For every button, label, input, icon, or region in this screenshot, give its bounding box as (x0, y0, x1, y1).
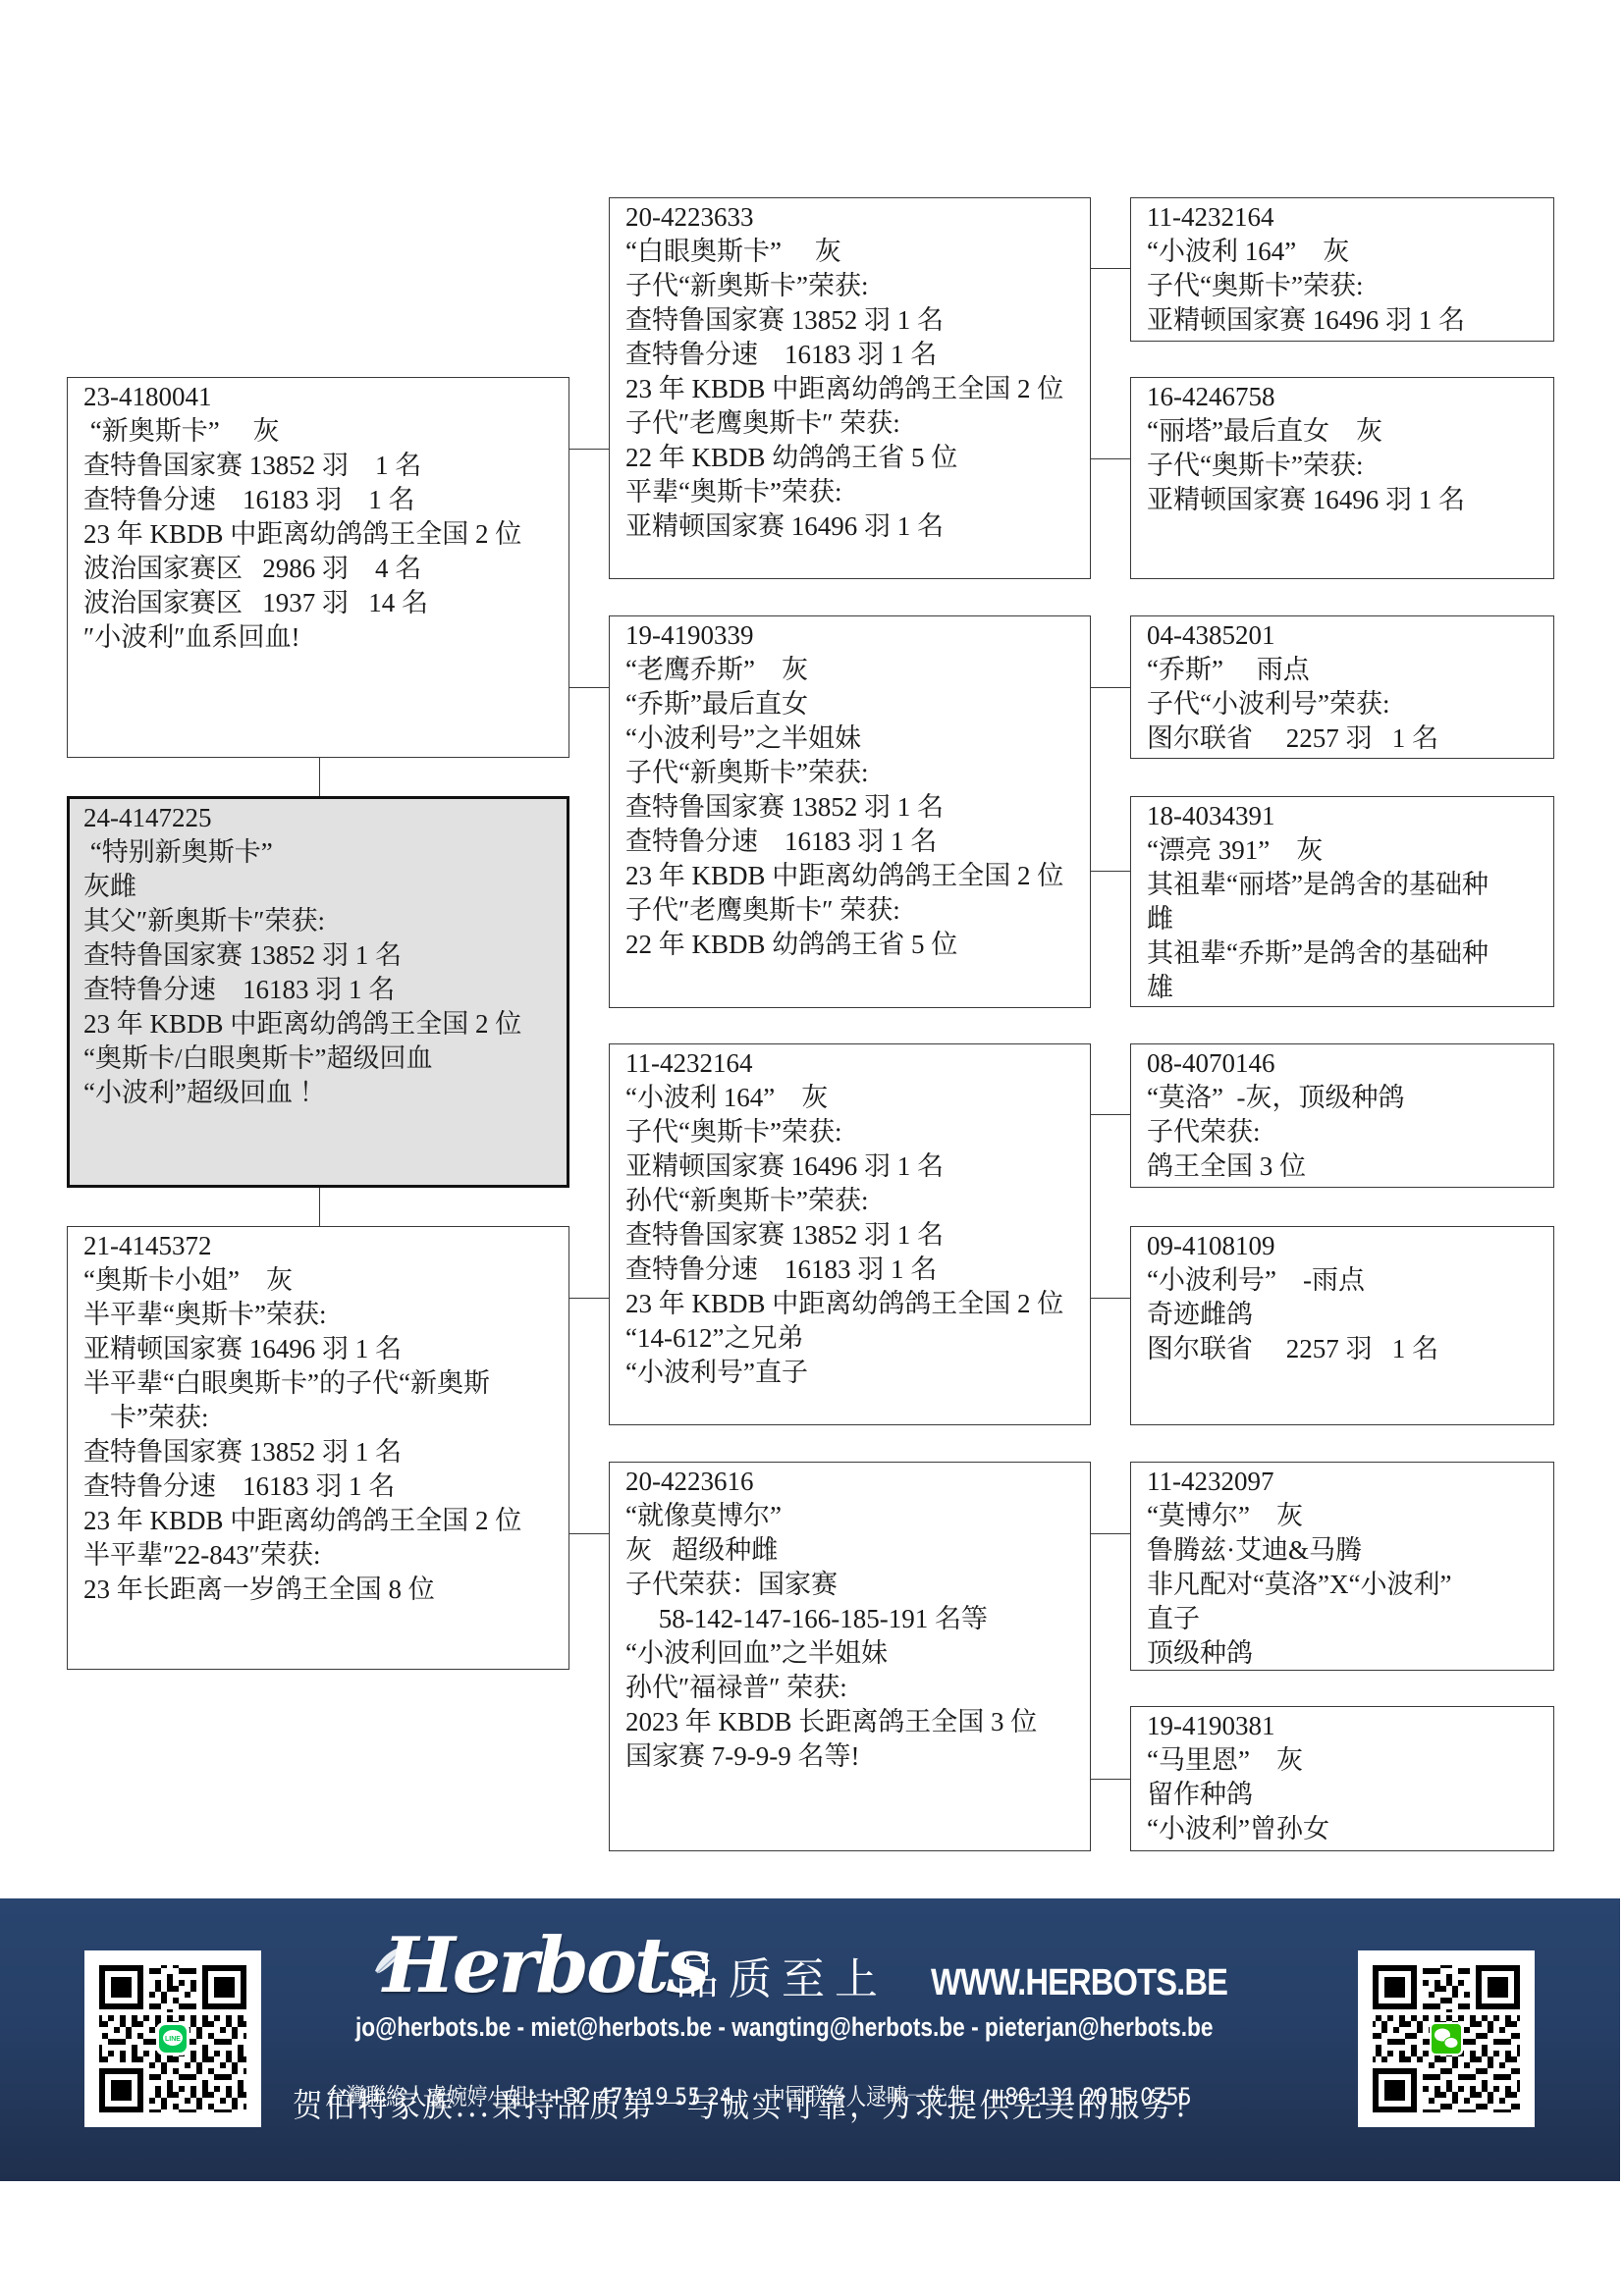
pedigree-box-dam-dam-sire: 11-4232097 “莫博尔” 灰鲁腾兹·艾迪&马腾非凡配对“莫洛”X“小波利… (1130, 1462, 1554, 1671)
connector-gp2-to-ggp4 (1091, 871, 1130, 872)
connector-dam-to-dam-dam (569, 1533, 609, 1534)
text-line: 查特鲁国家赛 13852 羽 1 名 (625, 790, 1084, 825)
ring-number: 09-4108109 (1147, 1229, 1547, 1263)
text-line: 22 年 KBDB 幼鸽鸽王省 5 位 (625, 928, 1084, 962)
text-line: “14-612”之兄弟 (625, 1321, 1084, 1356)
text-line: 子代″老鹰奥斯卡″ 荣获: (625, 406, 1084, 441)
text-line: 灰 超级种雌 (625, 1533, 1084, 1568)
text-line: 卡”荣获: (83, 1401, 563, 1435)
line-icon: LINE (156, 2022, 189, 2056)
text-line: 查特鲁分速 16183 羽 1 名 (625, 825, 1084, 859)
connector-sire-subject (319, 758, 320, 796)
text-line: 58-142-147-166-185-191 名等 (625, 1602, 1084, 1636)
pedigree-box-sire-sire-dam: 16-4246758 “丽塔”最后直女 灰子代“奥斯卡”荣获:亚精顿国家赛 16… (1130, 377, 1554, 579)
text-line: 雄 (1147, 971, 1547, 1005)
text-line: 23 年长距离一岁鸽王全国 8 位 (83, 1573, 563, 1607)
tagline: 品质至上 (676, 1955, 888, 2004)
box-text: “新奥斯卡” 灰查特鲁国家赛 13852 羽 1 名查特鲁分速 16183 羽 … (83, 414, 563, 655)
box-text: “莫洛” -灰，顶级种鸽子代荣获:鸽王全国 3 位 (1147, 1081, 1547, 1184)
box-text: “老鹰乔斯” 灰“乔斯”最后直女“小波利号”之半姐妹子代“新奥斯卡”荣获:查特鲁… (625, 653, 1084, 962)
text-line: 查特鲁分速 16183 羽 1 名 (83, 483, 563, 517)
text-line: 孙代“新奥斯卡”荣获: (625, 1184, 1084, 1218)
box-text: “就像莫博尔”灰 超级种雌子代荣获：国家赛 58-142-147-166-185… (625, 1499, 1084, 1774)
qr-code-icon: LINE (84, 1950, 261, 2127)
pedigree-box-dam: 21-4145372 “奥斯卡小姐” 灰半平辈“奥斯卡”荣获:亚精顿国家赛 16… (67, 1226, 569, 1670)
connector-subject-dam (319, 1188, 320, 1226)
box-text: “小波利号” -雨点奇迹雌鸽图尔联省 2257 羽 1 名 (1147, 1263, 1547, 1366)
website-link[interactable]: WWW.HERBOTS.BE (931, 1961, 1227, 2004)
pedigree-box-dam-dam: 20-4223616 “就像莫博尔”灰 超级种雌子代荣获：国家赛 58-142-… (609, 1462, 1091, 1851)
connector-sire-to-sire-sire (569, 449, 609, 450)
pedigree-box-sire-dam-sire: 04-4385201 “乔斯” 雨点子代“小波利号”荣获:图尔联省 2257 羽… (1130, 615, 1554, 759)
connector-gp4-to-ggp8 (1091, 1779, 1130, 1780)
text-line: “小波利号” -雨点 (1147, 1263, 1547, 1298)
ring-number: 04-4385201 (1147, 618, 1547, 653)
box-text: “特别新奥斯卡”灰雌其父″新奥斯卡″荣获:查特鲁国家赛 13852 羽 1 名查… (83, 835, 561, 1110)
ring-number: 18-4034391 (1147, 799, 1547, 833)
text-line: 直子 (1147, 1602, 1547, 1636)
text-line: 23 年 KBDB 中距离幼鸽鸽王全国 2 位 (83, 1504, 563, 1538)
text-line: 顶级种鸽 (1147, 1636, 1547, 1671)
ring-number: 16-4246758 (1147, 380, 1547, 414)
text-line: 23 年 KBDB 中距离幼鸽鸽王全国 2 位 (625, 372, 1084, 406)
text-line: 其祖辈“丽塔”是鸽舍的基础种 (1147, 868, 1547, 902)
qr-code-icon (1358, 1950, 1535, 2127)
box-text: “马里恩” 灰留作种鸽“小波利”曾孙女 (1147, 1743, 1547, 1846)
ring-number: 19-4190339 (625, 618, 1084, 653)
text-line: 查特鲁分速 16183 羽 1 名 (83, 973, 561, 1007)
text-line: “奥斯卡小姐” 灰 (83, 1263, 563, 1298)
connector-gp2-to-ggp3 (1091, 687, 1130, 688)
text-line: 子代“奥斯卡”荣获: (1147, 449, 1547, 483)
connector-gp4-to-ggp7 (1091, 1533, 1130, 1534)
pedigree-box-sire-sire: 20-4223633 “白眼奥斯卡” 灰子代“新奥斯卡”荣获:查特鲁国家赛 13… (609, 197, 1091, 579)
text-line: 子代“新奥斯卡”荣获: (625, 756, 1084, 790)
text-line: “乔斯”最后直女 (625, 687, 1084, 721)
text-line: “丽塔”最后直女 灰 (1147, 414, 1547, 449)
text-line: 非凡配对“莫洛”X“小波利” (1147, 1568, 1547, 1602)
text-line: 23 年 KBDB 中距离幼鸽鸽王全国 2 位 (83, 517, 563, 552)
pedigree-box-dam-sire-sire: 08-4070146 “莫洛” -灰，顶级种鸽子代荣获:鸽王全国 3 位 (1130, 1043, 1554, 1188)
text-line: 平辈“奥斯卡”荣获: (625, 475, 1084, 509)
text-line: “小波利 164” 灰 (1147, 235, 1547, 269)
text-line: “小波利号”直子 (625, 1356, 1084, 1390)
box-text: “小波利 164” 灰子代“奥斯卡”荣获:亚精顿国家赛 16496 羽 1 名孙… (625, 1081, 1084, 1390)
connector-gp3-to-ggp6 (1091, 1298, 1130, 1299)
wechat-qr-code[interactable] (1358, 1950, 1535, 2127)
text-line: 图尔联省 2257 羽 1 名 (1147, 1332, 1547, 1366)
ring-number: 08-4070146 (1147, 1046, 1547, 1081)
text-line: “新奥斯卡” 灰 (83, 414, 563, 449)
text-line: 查特鲁国家赛 13852 羽 1 名 (83, 449, 563, 483)
text-line: 鸽王全国 3 位 (1147, 1149, 1547, 1184)
text-line: 子代“奥斯卡”荣获: (625, 1115, 1084, 1149)
text-line: “莫博尔” 灰 (1147, 1499, 1547, 1533)
slogan: 贺伯特家族...秉持品质第一与诚实可靠，力求提供完美的服务! (293, 2085, 1189, 2126)
text-line: 2023 年 KBDB 长距离鸽王全国 3 位 (625, 1705, 1084, 1739)
text-line: 亚精顿国家赛 16496 羽 1 名 (1147, 303, 1547, 338)
box-text: “漂亮 391” 灰其祖辈“丽塔”是鸽舍的基础种雌其祖辈“乔斯”是鸽舍的基础种雄 (1147, 833, 1547, 1005)
pedigree-box-dam-sire-dam: 09-4108109 “小波利号” -雨点奇迹雌鸽图尔联省 2257 羽 1 名 (1130, 1226, 1554, 1425)
svg-text:LINE: LINE (165, 2036, 181, 2043)
ring-number: 11-4232097 (1147, 1465, 1547, 1499)
footer-banner: LINE Herbots 品质至上 WWW.HERBOTS.BE jo@herb… (0, 1898, 1620, 2181)
box-text: “莫博尔” 灰鲁腾兹·艾迪&马腾非凡配对“莫洛”X“小波利”直子顶级种鸽 (1147, 1499, 1547, 1671)
text-line: 查特鲁国家赛 13852 羽 1 名 (625, 303, 1084, 338)
box-text: “小波利 164” 灰子代“奥斯卡”荣获:亚精顿国家赛 16496 羽 1 名 (1147, 235, 1547, 338)
text-line: 波治国家赛区 1937 羽 14 名 (83, 586, 563, 620)
text-line: 子代“小波利号”荣获: (1147, 687, 1547, 721)
ring-number: 20-4223633 (625, 200, 1084, 235)
box-text: “白眼奥斯卡” 灰子代“新奥斯卡”荣获:查特鲁国家赛 13852 羽 1 名查特… (625, 235, 1084, 544)
text-line: 查特鲁国家赛 13852 羽 1 名 (83, 1435, 563, 1469)
text-line: 亚精顿国家赛 16496 羽 1 名 (625, 509, 1084, 544)
ring-number: 20-4223616 (625, 1465, 1084, 1499)
text-line: “小波利”超级回血 ！ (83, 1076, 561, 1110)
connector-gp1-to-ggp2 (1091, 458, 1130, 459)
text-line: 留作种鸽 (1147, 1778, 1547, 1812)
connector-sire-to-sire-dam (569, 687, 609, 688)
pedigree-box-subject: 24-4147225 “特别新奥斯卡”灰雌其父″新奥斯卡″荣获:查特鲁国家赛 1… (67, 796, 569, 1188)
text-line: “白眼奥斯卡” 灰 (625, 235, 1084, 269)
text-line: “小波利”曾孙女 (1147, 1812, 1547, 1846)
text-line: 雌 (1147, 902, 1547, 936)
text-line: “莫洛” -灰，顶级种鸽 (1147, 1081, 1547, 1115)
herbots-logo: Herbots (383, 1924, 707, 2008)
pedigree-box-sire: 23-4180041 “新奥斯卡” 灰查特鲁国家赛 13852 羽 1 名查特鲁… (67, 377, 569, 758)
text-line: 鲁腾兹·艾迪&马腾 (1147, 1533, 1547, 1568)
text-line: 子代“奥斯卡”荣获: (1147, 269, 1547, 303)
text-line: 奇迹雌鸽 (1147, 1298, 1547, 1332)
text-line: 亚精顿国家赛 16496 羽 1 名 (625, 1149, 1084, 1184)
text-line: 查特鲁国家赛 13852 羽 1 名 (625, 1218, 1084, 1253)
text-line: 其父″新奥斯卡″荣获: (83, 904, 561, 938)
connector-gp1-to-ggp1 (1091, 268, 1130, 269)
text-line: 波治国家赛区 2986 羽 4 名 (83, 552, 563, 586)
text-line: 查特鲁国家赛 13852 羽 1 名 (83, 938, 561, 973)
box-text: “乔斯” 雨点子代“小波利号”荣获:图尔联省 2257 羽 1 名 (1147, 653, 1547, 756)
text-line: 23 年 KBDB 中距离幼鸽鸽王全国 2 位 (625, 859, 1084, 893)
text-line: 孙代″福禄普″ 荣获: (625, 1671, 1084, 1705)
text-line: 亚精顿国家赛 16496 羽 1 名 (83, 1332, 563, 1366)
ring-number: 11-4232164 (625, 1046, 1084, 1081)
ring-number: 11-4232164 (1147, 200, 1547, 235)
text-line: 查特鲁分速 16183 羽 1 名 (625, 338, 1084, 372)
text-line: 子代荣获：国家赛 (625, 1568, 1084, 1602)
wechat-icon (1430, 2022, 1463, 2056)
text-line: 国家赛 7-9-9-9 名等! (625, 1739, 1084, 1774)
text-line: 子代“新奥斯卡”荣获: (625, 269, 1084, 303)
ring-number: 23-4180041 (83, 380, 563, 414)
text-line: 图尔联省 2257 羽 1 名 (1147, 721, 1547, 756)
text-line: 查特鲁分速 16183 羽 1 名 (625, 1253, 1084, 1287)
text-line: “小波利号”之半姐妹 (625, 721, 1084, 756)
pedigree-box-sire-dam: 19-4190339 “老鹰乔斯” 灰“乔斯”最后直女“小波利号”之半姐妹子代“… (609, 615, 1091, 1008)
pedigree-box-sire-sire-sire: 11-4232164 “小波利 164” 灰子代“奥斯卡”荣获:亚精顿国家赛 1… (1130, 197, 1554, 342)
box-text: “丽塔”最后直女 灰子代“奥斯卡”荣获:亚精顿国家赛 16496 羽 1 名 (1147, 414, 1547, 517)
ring-number: 19-4190381 (1147, 1709, 1547, 1743)
ring-number: 24-4147225 (83, 801, 561, 835)
text-line: ″小波利″血系回血! (83, 620, 563, 655)
text-line: “老鹰乔斯” 灰 (625, 653, 1084, 687)
text-line: “小波利回血”之半姐妹 (625, 1636, 1084, 1671)
pedigree-box-dam-dam-dam: 19-4190381 “马里恩” 灰留作种鸽“小波利”曾孙女 (1130, 1706, 1554, 1851)
text-line: “就像莫博尔” (625, 1499, 1084, 1533)
text-line: “乔斯” 雨点 (1147, 653, 1547, 687)
text-line: 子代荣获: (1147, 1115, 1547, 1149)
ring-number: 21-4145372 (83, 1229, 563, 1263)
text-line: 22 年 KBDB 幼鸽鸽王省 5 位 (625, 441, 1084, 475)
line-qr-code[interactable]: LINE (84, 1950, 261, 2127)
text-line: 查特鲁分速 16183 羽 1 名 (83, 1469, 563, 1504)
text-line: “小波利 164” 灰 (625, 1081, 1084, 1115)
text-line: “奥斯卡/白眼奥斯卡”超级回血 (83, 1041, 561, 1076)
text-line: “马里恩” 灰 (1147, 1743, 1547, 1778)
text-line: 半平辈″22-843″荣获: (83, 1538, 563, 1573)
text-line: 23 年 KBDB 中距离幼鸽鸽王全国 2 位 (625, 1287, 1084, 1321)
connector-dam-to-dam-sire (569, 1298, 609, 1299)
connector-gp3-to-ggp5 (1091, 1114, 1130, 1115)
text-line: 半平辈“奥斯卡”荣获: (83, 1298, 563, 1332)
text-line: “漂亮 391” 灰 (1147, 833, 1547, 868)
pedigree-box-dam-sire: 11-4232164 “小波利 164” 灰子代“奥斯卡”荣获:亚精顿国家赛 1… (609, 1043, 1091, 1425)
text-line: 半平辈“白眼奥斯卡”的子代“新奥斯 (83, 1366, 563, 1401)
pedigree-box-sire-dam-dam: 18-4034391 “漂亮 391” 灰其祖辈“丽塔”是鸽舍的基础种雌其祖辈“… (1130, 796, 1554, 1007)
text-line: 灰雌 (83, 870, 561, 904)
text-line: 子代″老鹰奥斯卡″ 荣获: (625, 893, 1084, 928)
email-contacts[interactable]: jo@herbots.be - miet@herbots.be - wangti… (355, 2010, 1263, 2044)
box-text: “奥斯卡小姐” 灰半平辈“奥斯卡”荣获:亚精顿国家赛 16496 羽 1 名半平… (83, 1263, 563, 1607)
text-line: 其祖辈“乔斯”是鸽舍的基础种 (1147, 936, 1547, 971)
text-line: “特别新奥斯卡” (83, 835, 561, 870)
text-line: 23 年 KBDB 中距离幼鸽鸽王全国 2 位 (83, 1007, 561, 1041)
text-line: 亚精顿国家赛 16496 羽 1 名 (1147, 483, 1547, 517)
